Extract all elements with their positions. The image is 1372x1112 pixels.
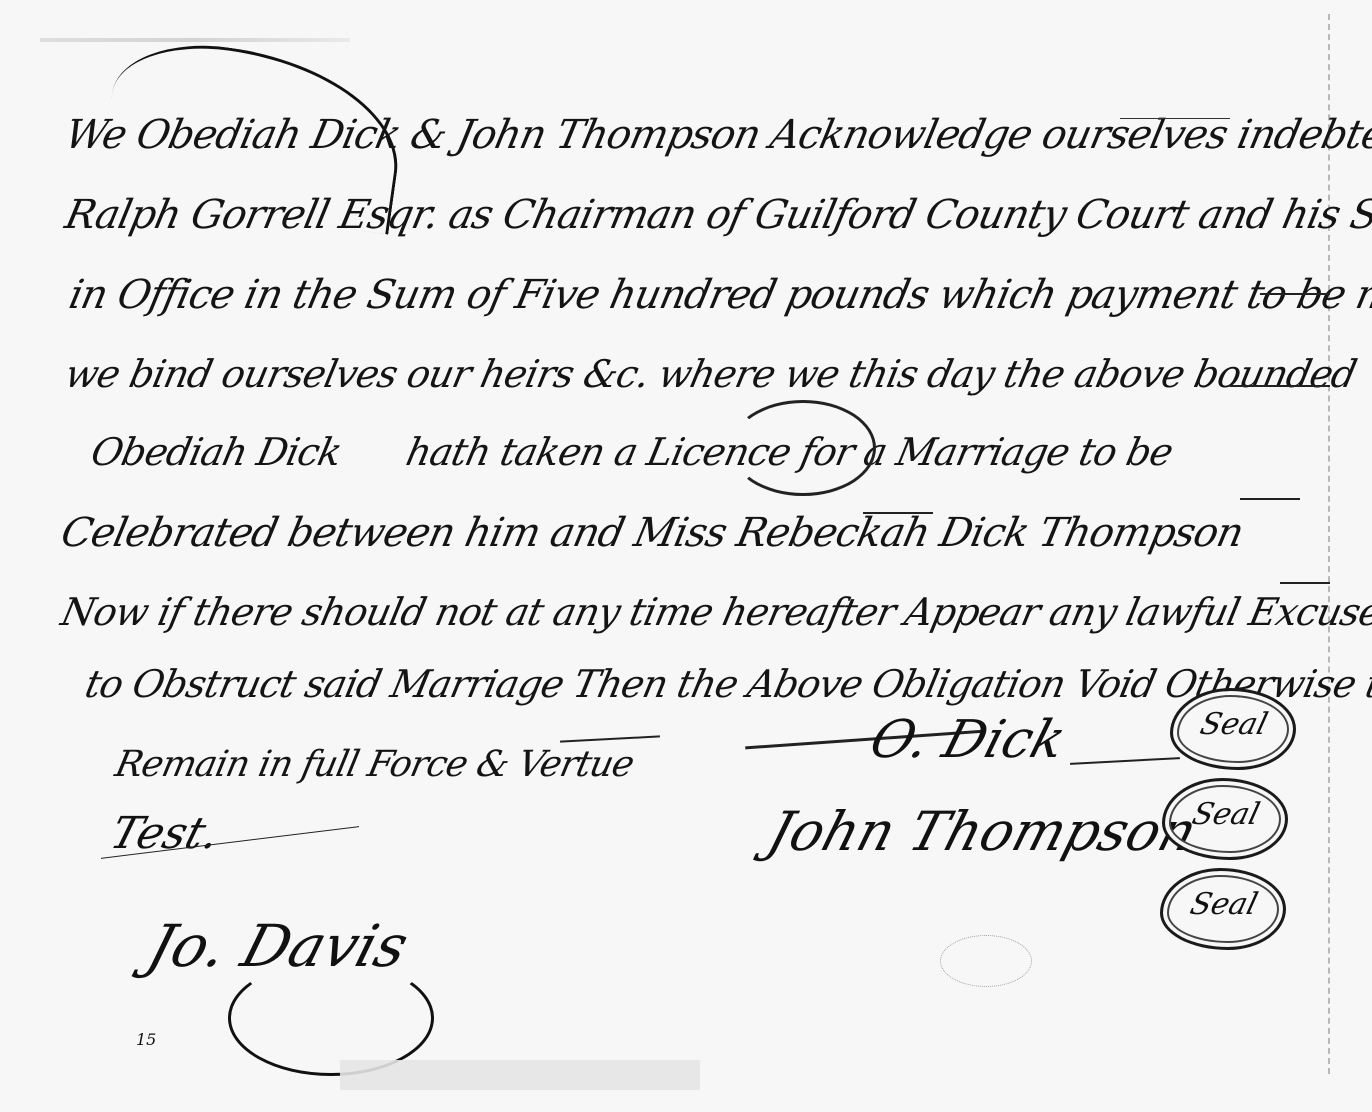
line-fill-9 bbox=[560, 735, 660, 742]
seal-1-label: Seal bbox=[1197, 707, 1272, 742]
seal-2: Seal bbox=[1162, 778, 1288, 860]
line-fill-7 bbox=[1280, 582, 1330, 584]
signature-o-dick: O. Dick bbox=[863, 710, 1072, 770]
bond-line-6: Celebrated between him and Miss Rebeckah… bbox=[57, 510, 1247, 556]
signature-dash-1 bbox=[1070, 757, 1180, 765]
page-mark: 15 bbox=[136, 1030, 156, 1049]
witness-flourish bbox=[228, 960, 434, 1076]
seal-3-label: Seal bbox=[1187, 887, 1262, 922]
bond-line-2: Ralph Gorrell Esqr. as Chairman of Guilf… bbox=[61, 192, 1372, 238]
document-page: We Obediah Dick & John Thompson Acknowle… bbox=[0, 0, 1372, 1112]
ink-stain bbox=[940, 935, 1032, 987]
bond-line-4: we bind ourselves our heirs &c. where we… bbox=[61, 352, 1360, 396]
line-fill-4 bbox=[1230, 385, 1330, 387]
bottom-smudge bbox=[340, 1060, 700, 1090]
seal-2-label: Seal bbox=[1189, 797, 1264, 832]
struck-dick bbox=[863, 512, 933, 514]
line-fill-6 bbox=[1240, 498, 1300, 500]
bond-line-5: Obediah Dick hath taken a Licence for a … bbox=[87, 430, 1176, 474]
witness-label: Test. bbox=[105, 808, 226, 859]
line-fill-3 bbox=[1260, 293, 1330, 295]
bond-line-9: Remain in full Force & Vertue bbox=[112, 744, 637, 785]
bond-line-3: in Office in the Sum of Five hundred pou… bbox=[65, 272, 1372, 318]
paper-edge-right bbox=[1328, 14, 1333, 1074]
signature-john-thompson: John Thompson bbox=[761, 800, 1204, 863]
seal-3: Seal bbox=[1160, 868, 1286, 950]
bond-line-8: to Obstruct said Marriage Then the Above… bbox=[81, 662, 1372, 706]
licence-loop bbox=[730, 400, 876, 496]
bond-line-7: Now if there should not at any time here… bbox=[57, 590, 1372, 634]
seal-1: Seal bbox=[1170, 688, 1296, 770]
paper-edge-top bbox=[40, 38, 350, 42]
line-fill-1 bbox=[1120, 118, 1230, 119]
